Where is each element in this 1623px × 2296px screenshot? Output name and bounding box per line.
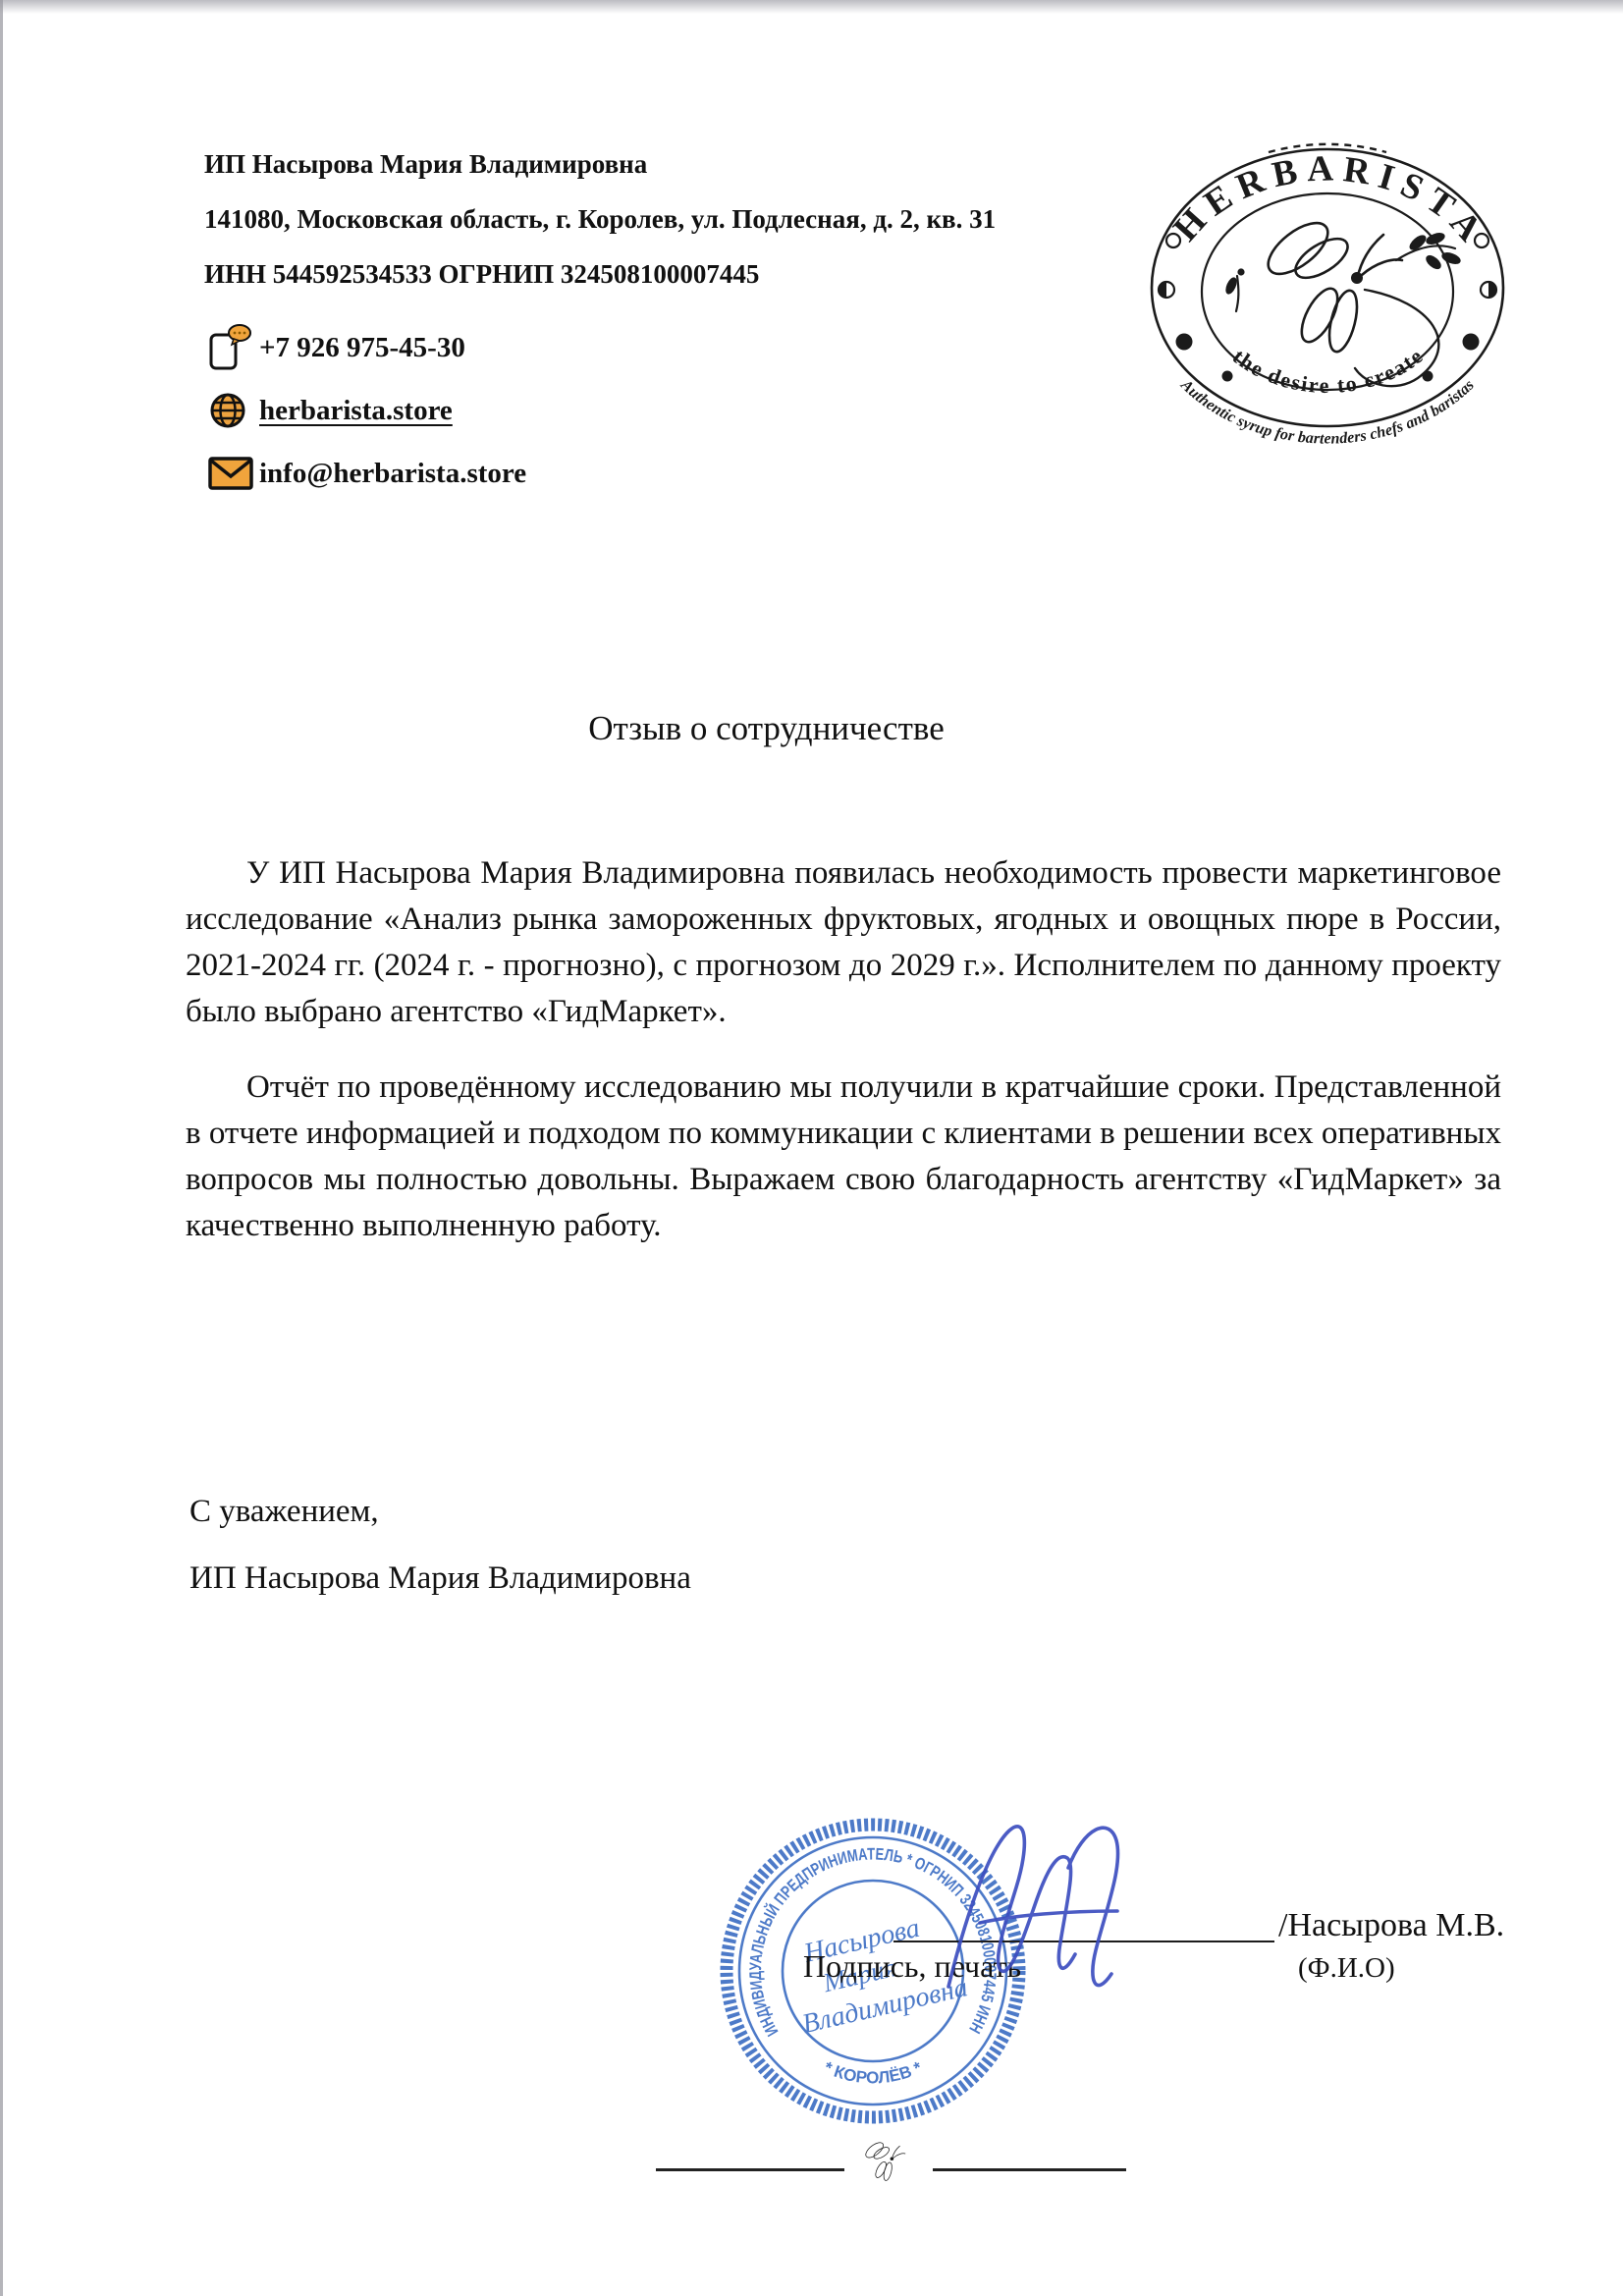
letter-paragraph: У ИП Насырова Мария Владимировна появила… bbox=[186, 850, 1501, 1035]
logo-slogan-text: the desire to create bbox=[1228, 344, 1428, 398]
closing-salutation: С уважением, bbox=[189, 1489, 691, 1535]
logo-left-sprig bbox=[1225, 270, 1244, 312]
envelope-icon bbox=[208, 457, 259, 490]
sender-address: 141080, Московская область, г. Королев, … bbox=[204, 204, 996, 234]
phone-row: +7 926 975-45-30 bbox=[208, 322, 526, 373]
closing-block: С уважением, ИП Насырова Мария Владимиро… bbox=[189, 1489, 691, 1602]
website-link: herbarista.store bbox=[259, 395, 453, 427]
scanned-letter-page: ИП Насырова Мария Владимировна 141080, М… bbox=[0, 0, 1623, 2296]
email-address: info@herbarista.store bbox=[259, 458, 526, 490]
herbarista-logo: HERBARISTA the desire to create Authenti… bbox=[1131, 131, 1524, 469]
sender-header: ИП Насырова Мария Владимировна 141080, М… bbox=[204, 149, 996, 314]
website-row: herbarista.store bbox=[208, 385, 526, 436]
bee-illustration bbox=[1260, 213, 1402, 355]
email-row: info@herbarista.store bbox=[208, 448, 526, 499]
signature-fio-caption: (Ф.И.О) bbox=[1298, 1952, 1395, 1985]
globe-icon bbox=[208, 391, 259, 430]
letter-title: Отзыв о сотрудничестве bbox=[109, 709, 1424, 748]
footer-rule-right bbox=[933, 2168, 1126, 2171]
footer-bee-icon bbox=[842, 2141, 927, 2198]
sender-name: ИП Насырова Мария Владимировна bbox=[204, 149, 996, 179]
scan-edge-artifact bbox=[0, 0, 3, 2296]
signature-fio-name: /Насырова М.В. bbox=[1278, 1907, 1504, 1944]
signatory-name: ИП Насырова Мария Владимировна bbox=[189, 1556, 691, 1602]
mobile-phone-chat-icon bbox=[208, 323, 259, 372]
handwritten-signature bbox=[921, 1805, 1147, 2021]
scan-edge-artifact bbox=[0, 0, 1623, 14]
phone-number: +7 926 975-45-30 bbox=[259, 332, 465, 364]
footer-rule-left bbox=[656, 2168, 844, 2171]
svg-text:the desire to create: the desire to create bbox=[1228, 344, 1428, 398]
letter-paragraph: Отчёт по проведённому исследованию мы по… bbox=[186, 1065, 1501, 1249]
contact-block: +7 926 975-45-30 herbarista.store bbox=[208, 322, 526, 511]
sender-registration: ИНН 544592534533 ОГРНИП 324508100007445 bbox=[204, 259, 996, 289]
letter-body: У ИП Насырова Мария Владимировна появила… bbox=[186, 850, 1501, 1279]
